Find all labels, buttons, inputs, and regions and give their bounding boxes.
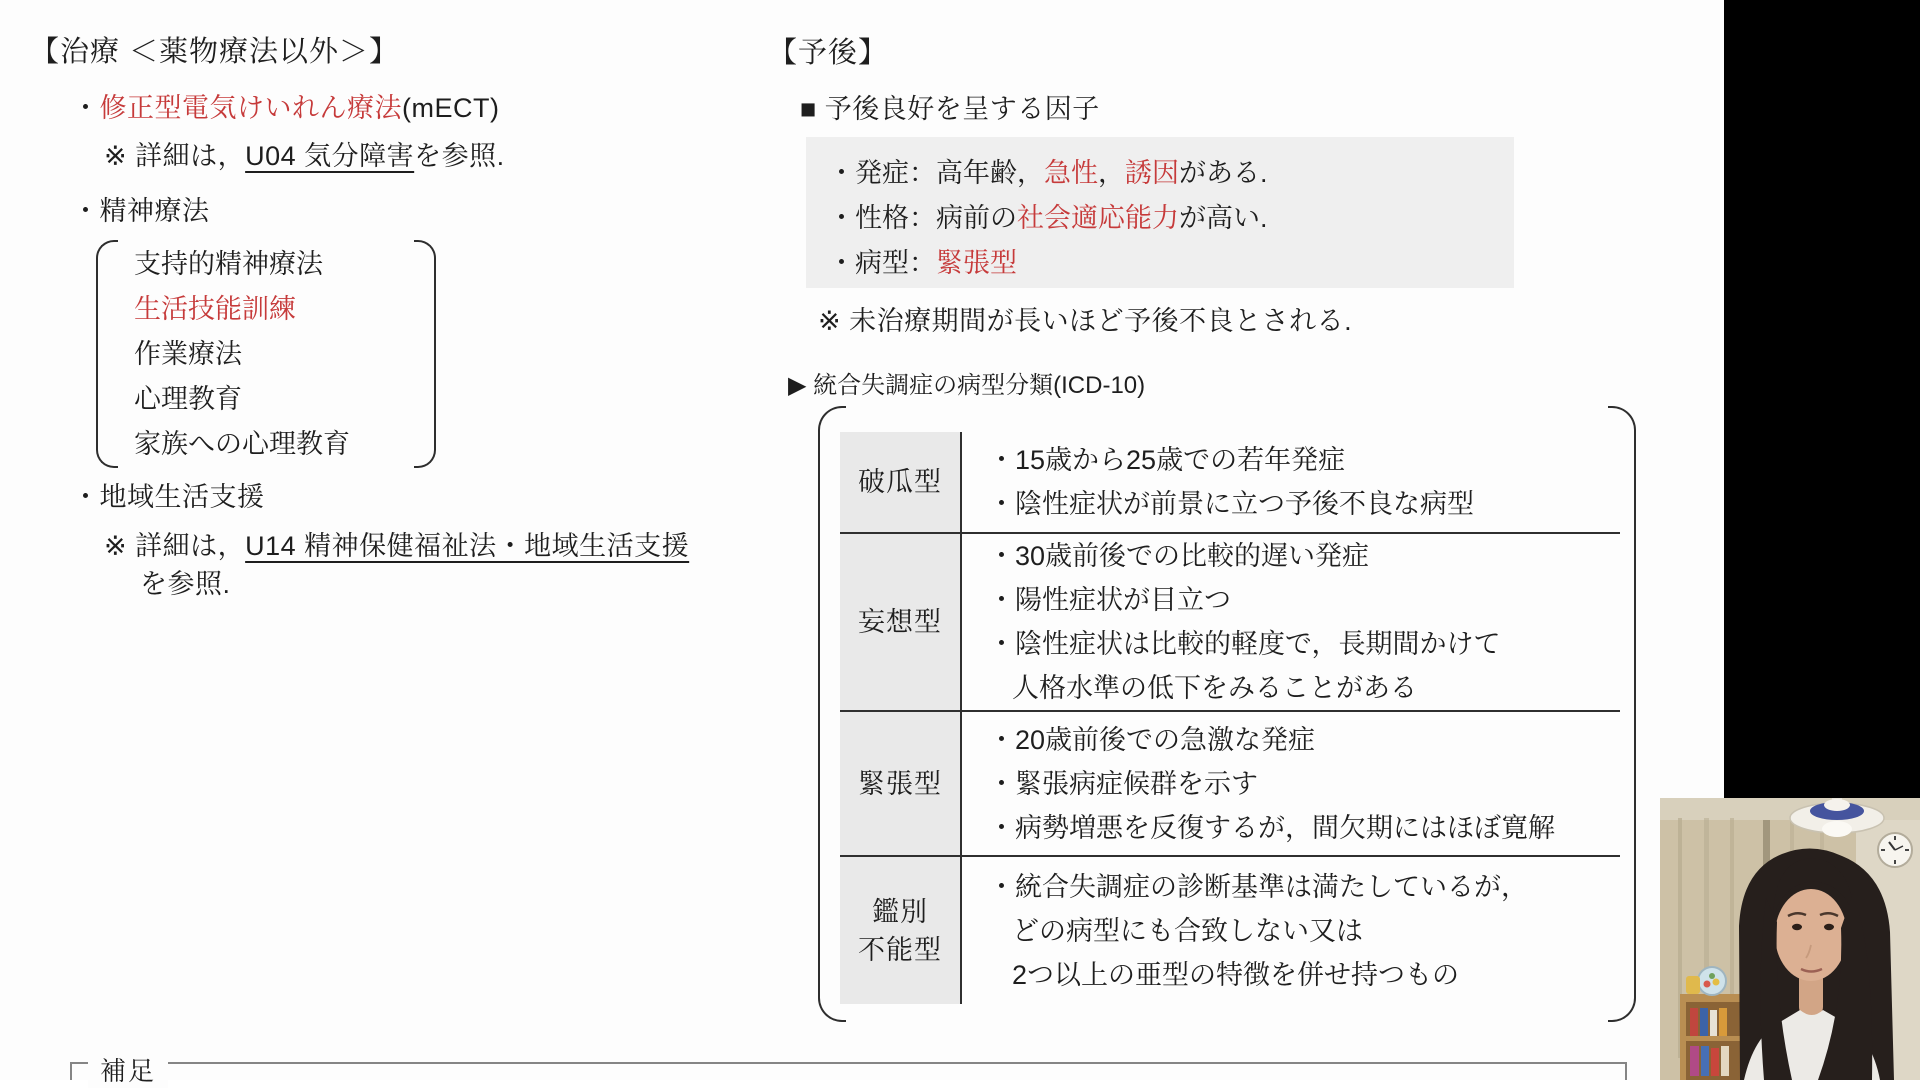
classification-heading: ▶ 統合失調症の病型分類(ICD-10): [788, 365, 1145, 400]
cell-line: ・陰性症状は比較的軽度で，長期間かけて: [988, 622, 1620, 666]
cell-line: ・緊張病症候群を示す: [988, 762, 1620, 806]
u14-reference-line: ※ 詳細は，U14 精神保健福祉法・地域生活支援: [104, 524, 689, 563]
list-item: 作業療法: [134, 332, 350, 377]
table-row-catatonic: 緊張型 ・20歳前後での急激な発症 ・緊張病症候群を示す ・病勢増悪を反復するが…: [840, 712, 1620, 857]
u04-prefix: ※ 詳細は，: [104, 141, 245, 171]
table-header-paranoid: 妄想型: [840, 534, 962, 710]
mect-name: 修正型電気けいれん療法: [100, 93, 403, 123]
factor-text: ・病型：: [828, 248, 936, 278]
cell-line: ・統合失調症の診断基準は満たしているが，: [988, 865, 1620, 909]
lecture-slide: 【治療 ＜薬物療法以外＞】 ・修正型電気けいれん療法(mECT) ※ 詳細は，U…: [0, 0, 1920, 1080]
u04-reference-line: ※ 詳細は，U04 気分障害を参照.: [104, 134, 505, 173]
cell-line: ・陰性症状が前景に立つ予後不良な病型: [988, 482, 1620, 526]
psychotherapy-label: ・精神療法: [72, 189, 210, 228]
list-item: 家族への心理教育: [134, 422, 350, 467]
presenter-eye: [1792, 924, 1802, 930]
u04-reference-link: U04 気分障害: [245, 141, 414, 171]
presenter-face: [1775, 889, 1847, 981]
untreated-duration-note: ※ 未治療期間が長いほど予後不良とされる.: [818, 299, 1352, 338]
u14-reference-link: U14 精神保健福祉法・地域生活支援: [245, 531, 689, 561]
mect-line: ・修正型電気けいれん療法(mECT): [72, 86, 499, 125]
factor-text: ・発症：高年齢，: [828, 158, 1044, 188]
factor-highlight: 誘因: [1125, 158, 1179, 188]
table-header-undifferentiated: 鑑別 不能型: [840, 857, 962, 1004]
table-header-hebephrenic: 破瓜型: [840, 432, 962, 532]
header-label: 緊張型: [858, 765, 942, 803]
u14-reference-suffix: を参照.: [140, 562, 231, 601]
cell-line: ・15歳から25歳での若年発症: [988, 438, 1620, 482]
header-label: 破瓜型: [858, 463, 942, 501]
psychotherapy-bracket-right: [414, 240, 436, 468]
psychotherapy-list: 支持的精神療法 生活技能訓練 作業療法 心理教育 家族への心理教育: [134, 242, 350, 467]
subtype-table: 破瓜型 ・15歳から25歳での若年発症 ・陰性症状が前景に立つ予後不良な病型 妄…: [840, 432, 1620, 1004]
u14-prefix: ※ 詳細は，: [104, 531, 245, 561]
factor-highlight: 社会適応能力: [1017, 203, 1179, 233]
factor-highlight: 緊張型: [936, 248, 1017, 278]
table-row-paranoid: 妄想型 ・30歳前後での比較的遅い発症 ・陽性症状が目立つ ・陰性症状は比較的軽…: [840, 534, 1620, 712]
list-item: 心理教育: [134, 377, 350, 422]
good-factors-box: ・発症：高年齢，急性，誘因がある. ・性格：病前の社会適応能力が高い. ・病型：…: [806, 137, 1514, 288]
factor-personality: ・性格：病前の社会適応能力が高い.: [828, 196, 1514, 241]
bullet: ・: [72, 93, 100, 123]
header-label: 鑑別: [872, 893, 928, 931]
factor-type: ・病型：緊張型: [828, 241, 1514, 286]
factor-text: が高い.: [1179, 203, 1268, 233]
u04-suffix: を参照.: [414, 141, 505, 171]
presenter: [1739, 848, 1894, 1080]
header-label: 妄想型: [858, 603, 942, 641]
header-label: 不能型: [858, 931, 942, 969]
supplement-label: 補足: [88, 1051, 168, 1080]
table-cell-catatonic: ・20歳前後での急激な発症 ・緊張病症候群を示す ・病勢増悪を反復するが，間欠期…: [962, 712, 1620, 855]
table-cell-hebephrenic: ・15歳から25歳での若年発症 ・陰性症状が前景に立つ予後不良な病型: [962, 432, 1620, 532]
wall-clock-icon: [1878, 833, 1912, 867]
webcam-scene: [1660, 798, 1920, 1080]
cell-line: ・30歳前後での比較的遅い発症: [988, 534, 1620, 578]
community-support-label: ・地域生活支援: [72, 475, 265, 514]
table-row-hebephrenic: 破瓜型 ・15歳から25歳での若年発症 ・陰性症状が前景に立つ予後不良な病型: [840, 432, 1620, 534]
list-item: 支持的精神療法: [134, 242, 350, 287]
cell-line: ・20歳前後での急激な発症: [988, 718, 1620, 762]
psychotherapy-bracket-left: [96, 240, 118, 468]
treatment-title: 【治療 ＜薬物療法以外＞】: [30, 29, 399, 70]
mect-suffix: (mECT): [402, 93, 499, 123]
factor-text: ・性格：病前の: [828, 203, 1017, 233]
factor-onset: ・発症：高年齢，急性，誘因がある.: [828, 151, 1514, 196]
cell-line: 2つ以上の亜型の特徴を併せ持つもの: [988, 953, 1620, 997]
table-row-undifferentiated: 鑑別 不能型 ・統合失調症の診断基準は満たしているが， どの病型にも合致しない又…: [840, 857, 1620, 1004]
factor-text: がある.: [1179, 158, 1268, 188]
cell-line: 人格水準の低下をみることがある: [988, 666, 1620, 710]
factor-text: ，: [1098, 158, 1125, 188]
cell-line: ・病勢増悪を反復するが，間欠期にはほぼ寛解: [988, 806, 1620, 850]
cell-line: どの病型にも合致しない又は: [988, 909, 1620, 953]
webcam-video: [1660, 798, 1920, 1080]
table-cell-undifferentiated: ・統合失調症の診断基準は満たしているが， どの病型にも合致しない又は 2つ以上の…: [962, 857, 1620, 1004]
presenter-eye: [1824, 924, 1834, 930]
list-item: 生活技能訓練: [134, 287, 350, 332]
prognosis-title: 【予後】: [768, 30, 888, 71]
factor-highlight: 急性: [1044, 158, 1098, 188]
cell-line: ・陽性症状が目立つ: [988, 578, 1620, 622]
good-factors-heading: ■ 予後良好を呈する因子: [800, 87, 1100, 126]
table-header-catatonic: 緊張型: [840, 712, 962, 855]
table-cell-paranoid: ・30歳前後での比較的遅い発症 ・陽性症状が目立つ ・陰性症状は比較的軽度で，長…: [962, 534, 1620, 710]
supplement-box: [70, 1062, 1627, 1080]
